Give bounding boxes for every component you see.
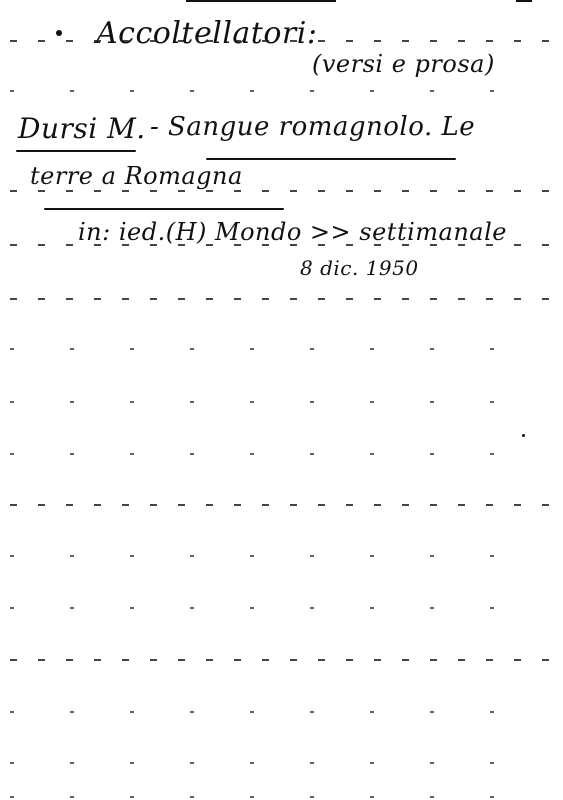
entry-date: 8 dic. 1950	[300, 256, 419, 280]
ruled-line	[10, 90, 550, 92]
index-card: Accoltellatori: (versi e prosa) Dursi M.…	[0, 0, 563, 800]
top-edge-mark	[516, 0, 532, 2]
author-underline	[16, 150, 136, 152]
card-subtitle: (versi e prosa)	[312, 50, 495, 78]
ruled-line	[10, 762, 550, 764]
ruled-line	[10, 244, 550, 246]
ruled-line	[10, 453, 550, 455]
ruled-line	[10, 659, 550, 661]
entry-title-line1: - Sangue romagnolo. Le	[150, 112, 475, 142]
title-underline	[44, 208, 284, 210]
entry-author: Dursi M.	[18, 112, 146, 145]
ruled-line	[10, 298, 550, 300]
bullet-dot	[56, 30, 62, 36]
ruled-line	[10, 607, 550, 609]
entry-source: in: ied.(H) Mondo >> settimanale	[78, 218, 507, 246]
ruled-line	[10, 504, 550, 506]
title-underline	[206, 158, 456, 160]
ruled-line	[10, 401, 550, 403]
entry-title-line2: terre a Romagna	[30, 162, 243, 190]
ruled-line	[10, 40, 550, 42]
ruled-line	[10, 555, 550, 557]
ruled-line	[10, 711, 550, 713]
ruled-line	[10, 348, 550, 350]
top-edge-mark	[186, 0, 336, 2]
ruled-line	[10, 796, 550, 798]
ruled-line	[10, 190, 550, 192]
card-heading: Accoltellatori:	[96, 16, 317, 51]
ink-speck	[522, 434, 525, 437]
